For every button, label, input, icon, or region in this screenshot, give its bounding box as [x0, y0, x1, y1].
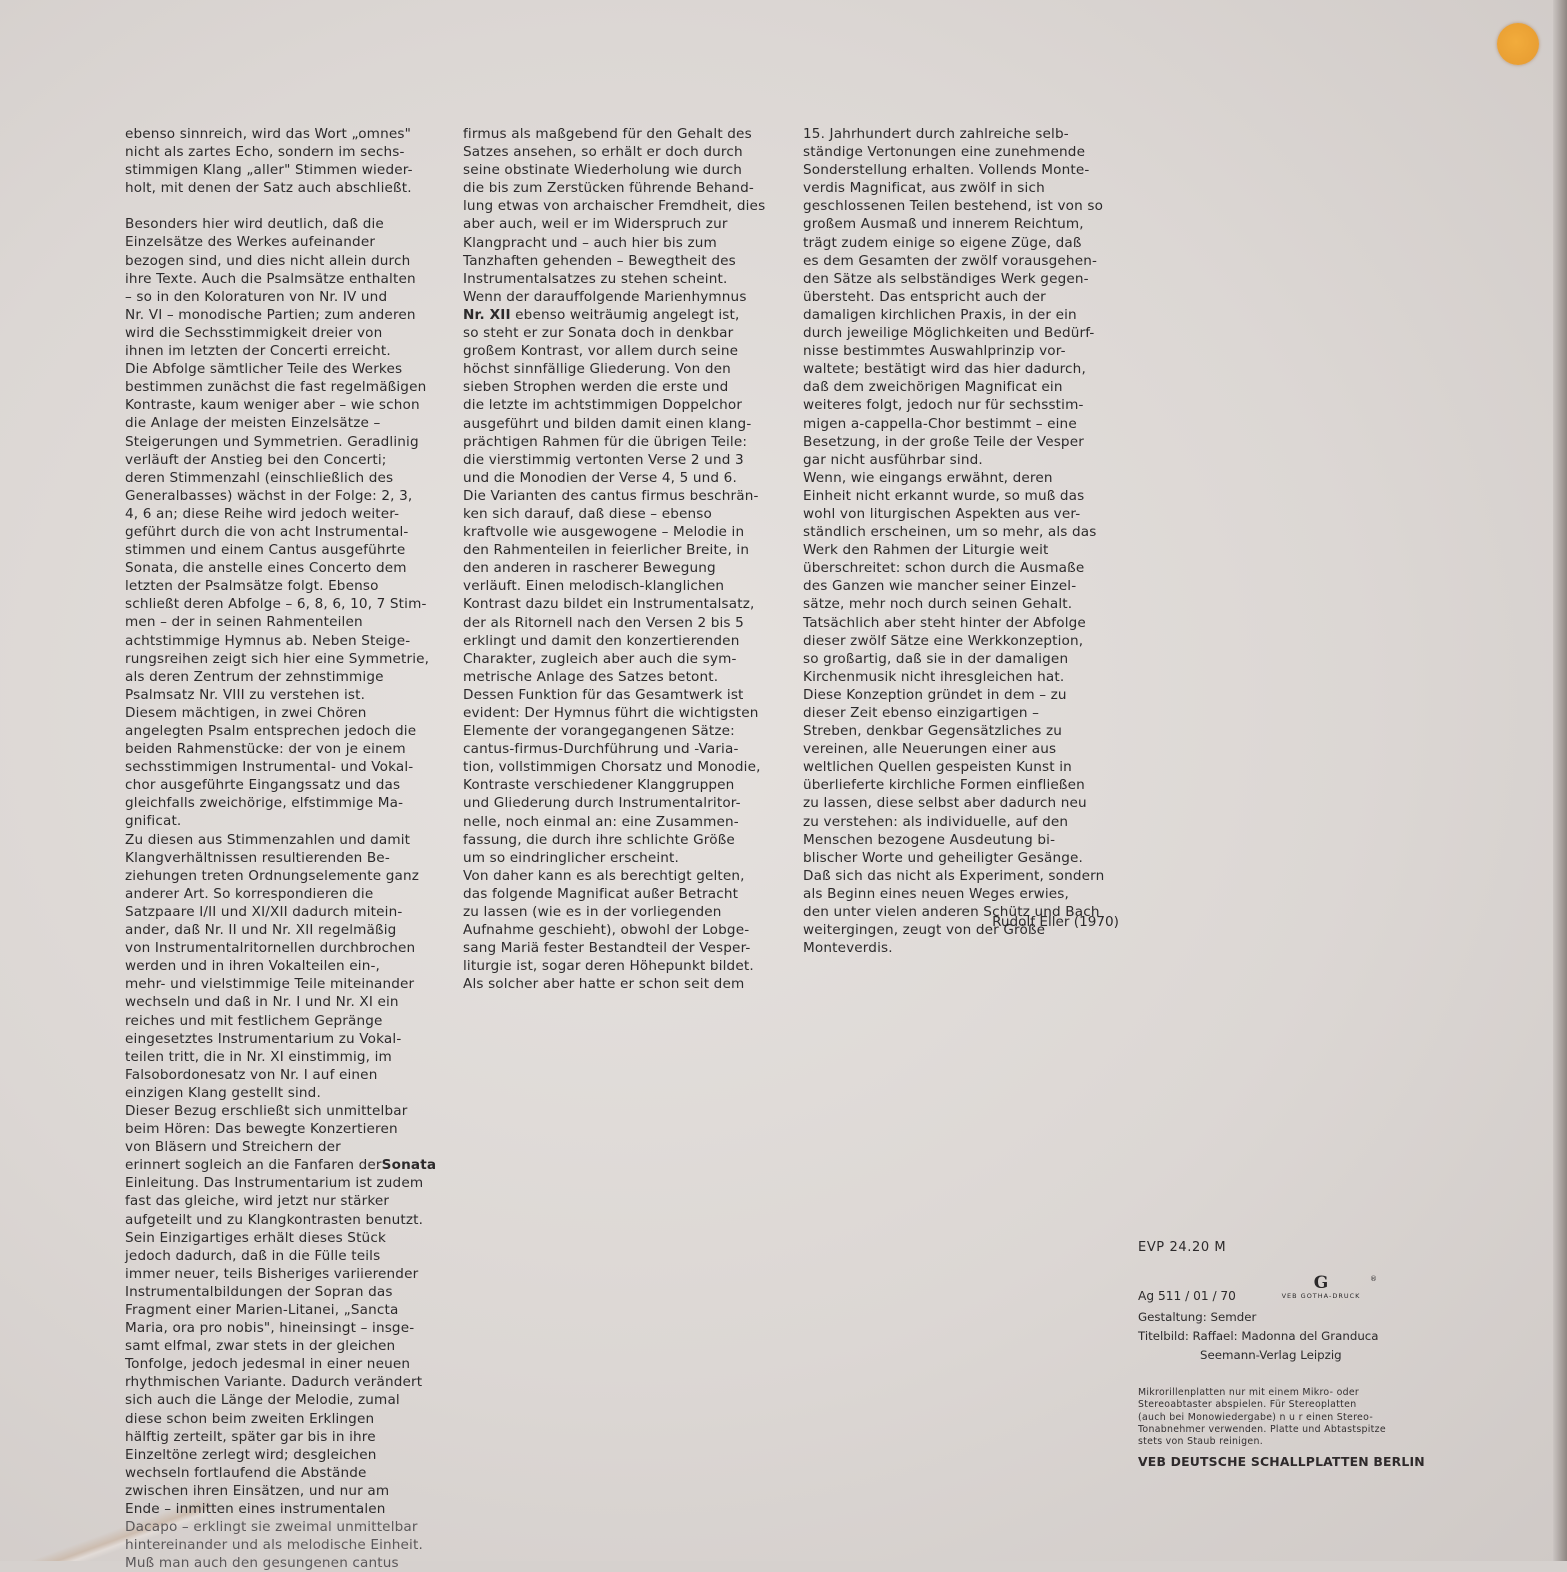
text-line: damaligen kirchlichen Praxis, in der ein — [803, 306, 1123, 324]
text-line: Besonders hier wird deutlich, daß die — [125, 215, 445, 233]
text-line: jedoch dadurch, daß in die Fülle teils — [125, 1247, 445, 1265]
text-line: schließt deren Abfolge – 6, 8, 6, 10, 7 … — [125, 595, 445, 613]
printer-mark: G VEB GOTHA-DRUCK — [1276, 1275, 1366, 1300]
text-line: überlieferte kirchliche Formen einfließe… — [803, 776, 1123, 794]
text-line: Satzes ansehen, so erhält er doch durch — [463, 143, 783, 161]
text-line: waltete; bestätigt wird das hier dadurch… — [803, 360, 1123, 378]
text-line: sich auch die Länge der Melodie, zumal — [125, 1391, 445, 1409]
text-line: sätze, mehr noch durch seinen Gehalt. — [803, 595, 1123, 613]
text-line: überschreitet: schon durch die Ausmaße — [803, 559, 1123, 577]
text-line: wechseln und daß in Nr. I und Nr. XI ein — [125, 993, 445, 1011]
printer-logo-icon: G — [1276, 1275, 1366, 1292]
text-line: deren Stimmenzahl (einschließlich des — [125, 469, 445, 487]
text-line: Diesem mächtigen, in zwei Chören — [125, 704, 445, 722]
text-line: Maria, ora pro nobis", hineinsingt – ins… — [125, 1319, 445, 1337]
text-line: Dieser Bezug erschließt sich unmittelbar — [125, 1102, 445, 1120]
text-line: verläuft. Einen melodisch-klanglichen — [463, 577, 783, 595]
text-line: firmus als maßgebend für den Gehalt des — [463, 125, 783, 143]
text-line: den anderen in rascherer Bewegung — [463, 559, 783, 577]
text-line: Sonderstellung erhalten. Vollends Monte- — [803, 161, 1123, 179]
text-line: Daß sich das nicht als Experiment, sonde… — [803, 867, 1123, 885]
text-line: Kontrast dazu bildet ein Instrumentalsat… — [463, 595, 783, 613]
text-line: bestimmen zunächst die fast regelmäßigen — [125, 378, 445, 396]
text-line: um so eindringlicher erscheint. — [463, 849, 783, 867]
text-line: weiteres folgt, jedoch nur für sechsstim… — [803, 396, 1123, 414]
text-line: Nr. VI – monodische Partien; zum anderen — [125, 306, 445, 324]
notice-line: (auch bei Monowiedergabe) n u r einen St… — [1138, 1412, 1438, 1424]
text-line: ziehungen treten Ordnungselemente ganz — [125, 867, 445, 885]
text-line: Psalmsatz Nr. VIII zu verstehen ist. — [125, 686, 445, 704]
text-line: zu verstehen: als individuelle, auf den — [803, 813, 1123, 831]
text-line: das folgende Magnificat außer Betracht — [463, 885, 783, 903]
text-line: zu lassen, diese selbst aber dadurch neu — [803, 794, 1123, 812]
text-line: Klangpracht und – auch hier bis zum — [463, 234, 783, 252]
text-line: wird die Sechsstimmigkeit dreier von — [125, 324, 445, 342]
liner-notes-column-2: firmus als maßgebend für den Gehalt desS… — [463, 125, 783, 994]
cover-publisher: Seemann-Verlag Leipzig — [1138, 1346, 1438, 1365]
text-line: mehr- und vielstimmige Teile miteinander — [125, 975, 445, 993]
record-label-name: VEB DEUTSCHE SCHALLPLATTEN BERLIN — [1138, 1454, 1425, 1469]
text-line: fassung, die durch ihre schlichte Größe — [463, 831, 783, 849]
notice-line: Mikrorillenplatten nur mit einem Mikro- … — [1138, 1387, 1438, 1399]
text-line: stimmigen Klang „aller" Stimmen wieder- — [125, 161, 445, 179]
text-line: men – der in seinen Rahmenteilen — [125, 613, 445, 631]
text-line: Monteverdis. — [803, 939, 1123, 957]
notice-line: Tonabnehmer verwenden. Platte und Abtast… — [1138, 1424, 1438, 1436]
text-line: Kontraste verschiedener Klanggruppen — [463, 776, 783, 794]
retail-price: EVP 24.20 M — [1138, 1240, 1438, 1255]
license-number: Ag 511 / 01 / 70 — [1138, 1289, 1236, 1303]
text-line: eingesetztes Instrumentarium zu Vokal- — [125, 1030, 445, 1048]
text-line: samt elfmal, zwar stets in der gleichen — [125, 1337, 445, 1355]
text-line: Generalbasses) wächst in der Folge: 2, 3… — [125, 487, 445, 505]
text-line: Die Varianten des cantus firmus beschrän… — [463, 487, 783, 505]
text-line: werden und in ihren Vokalteilen ein-, — [125, 957, 445, 975]
text-line: chor ausgeführte Eingangssatz und das — [125, 776, 445, 794]
text-line: als Beginn eines neuen Weges erwies, — [803, 885, 1123, 903]
text-line: ausgeführt und bilden damit einen klang- — [463, 415, 783, 433]
text-line: zu lassen (wie es in der vorliegenden — [463, 903, 783, 921]
text-line: Tatsächlich aber steht hinter der Abfolg… — [803, 614, 1123, 632]
text-line: Kontraste, kaum weniger aber – wie schon — [125, 396, 445, 414]
text-line: vereinen, alle Neuerungen einer aus — [803, 740, 1123, 758]
text-line: 4, 6 an; diese Reihe wird jedoch weiter- — [125, 505, 445, 523]
text-line: ander, daß Nr. II und Nr. XII regelmäßig — [125, 921, 445, 939]
text-line: Instrumentalsatzes zu stehen scheint. — [463, 270, 783, 288]
text-line: durch jeweilige Möglichkeiten und Bedürf… — [803, 324, 1123, 342]
text-line: die bis zum Zerstücken führende Behand- — [463, 179, 783, 197]
text-line: gleichfalls zweichörige, elfstimmige Ma- — [125, 794, 445, 812]
price-sticker-dot — [1497, 23, 1539, 65]
text-line: Einzeltöne zerlegt wird; desgleichen — [125, 1446, 445, 1464]
text-line: – so in den Koloraturen von Nr. IV und — [125, 288, 445, 306]
text-line: gnificat. — [125, 812, 445, 830]
text-line: kraftvolle wie ausgewogene – Melodie in — [463, 523, 783, 541]
text-line: nicht als zartes Echo, sondern im sechs- — [125, 143, 445, 161]
text-line: so großartig, daß sie in der damaligen — [803, 650, 1123, 668]
text-line: geschlossenen Teilen bestehend, ist von … — [803, 197, 1123, 215]
text-line: Werk den Rahmen der Liturgie weit — [803, 541, 1123, 559]
text-line: angelegten Psalm entsprechen jedoch die — [125, 722, 445, 740]
text-line: liturgie ist, sogar deren Höhepunkt bild… — [463, 957, 783, 975]
text-line: fast das gleiche, wird jetzt nur stärker — [125, 1192, 445, 1210]
text-line: und die Monodien der Verse 4, 5 und 6. — [463, 469, 783, 487]
text-line: Dessen Funktion für das Gesamtwerk ist — [463, 686, 783, 704]
text-line: Klangverhältnissen resultierenden Be- — [125, 849, 445, 867]
text-line: nisse bestimmtes Auswahlprinzip vor- — [803, 342, 1123, 360]
text-line: Elemente der vorangegangenen Sätze: — [463, 722, 783, 740]
text-line: Satzpaare I/II und XI/XII dadurch mitein… — [125, 903, 445, 921]
text-line: ken sich darauf, daß diese – ebenso — [463, 505, 783, 523]
sleeve-edge — [1553, 0, 1567, 1561]
text-line: großem Kontrast, vor allem durch seine — [463, 342, 783, 360]
text-line: beim Hören: Das bewegte Konzertieren — [125, 1120, 445, 1138]
text-line: gar nicht ausführbar sind. — [803, 451, 1123, 469]
text-line: Tanzhaften gehenden – Bewegtheit des — [463, 252, 783, 270]
text-line: Fragment einer Marien-Litanei, „Sancta — [125, 1301, 445, 1319]
text-line: Kirchenmusik nicht ihresgleichen hat. — [803, 668, 1123, 686]
text-line: den Sätze als selbständiges Werk gegen- — [803, 270, 1123, 288]
text-line: von Instrumentalritornellen durchbrochen — [125, 939, 445, 957]
text-line: Steigerungen und Symmetrien. Geradlinig — [125, 433, 445, 451]
text-line: seine obstinate Wiederholung wie durch — [463, 161, 783, 179]
text-line: stimmen und einem Cantus ausgeführte — [125, 541, 445, 559]
text-line: aufgeteilt und zu Klangkontrasten benutz… — [125, 1211, 445, 1229]
bold-term: Sonata — [382, 1157, 437, 1173]
text-line: letzten der Psalmsätze folgt. Ebenso — [125, 577, 445, 595]
text-line: Falsobordonesatz von Nr. I auf einen — [125, 1066, 445, 1084]
text-line: daß dem zweichörigen Magnificat ein — [803, 378, 1123, 396]
text-line: immer neuer, teils Bisheriges variierend… — [125, 1265, 445, 1283]
text-line: prächtigen Rahmen für die übrigen Teile: — [463, 433, 783, 451]
text-line: Tonfolge, jedoch jedesmal in einer neuen — [125, 1355, 445, 1373]
text-line: sieben Strophen werden die erste und — [463, 378, 783, 396]
text-line: Einzelsätze des Werkes aufeinander — [125, 233, 445, 251]
text-line: Als solcher aber hatte er schon seit dem — [463, 975, 783, 993]
text-line: tion, vollstimmigen Chorsatz und Monodie… — [463, 758, 783, 776]
text-line: teilen tritt, die in Nr. XI einstimmig, … — [125, 1048, 445, 1066]
text-line: Zu diesen aus Stimmenzahlen und damit — [125, 831, 445, 849]
text-line: erklingt und damit den konzertierenden — [463, 632, 783, 650]
text-line: Die Abfolge sämtlicher Teile des Werkes — [125, 360, 445, 378]
text-line: reiches und mit festlichem Gepränge — [125, 1012, 445, 1030]
text-line: bezogen sind, und dies nicht allein durc… — [125, 252, 445, 270]
bold-term: Nr. XII — [463, 307, 511, 323]
text-line: übersteht. Das entspricht auch der — [803, 288, 1123, 306]
liner-notes-column-3: 15. Jahrhundert durch zahlreiche selb-st… — [803, 125, 1123, 957]
text-line: rungsreihen zeigt sich hier eine Symmetr… — [125, 650, 445, 668]
text-line: verläuft der Anstieg bei den Concerti; — [125, 451, 445, 469]
text-line: aber auch, weil er im Widerspruch zur — [463, 215, 783, 233]
text-line: Charakter, zugleich aber auch die sym- — [463, 650, 783, 668]
text-line: Streben, denkbar Gegensätzliches zu — [803, 722, 1123, 740]
text-line: von Bläsern und Streichern der — [125, 1138, 445, 1156]
text-line: erinnert sogleich an die Fanfaren derSon… — [125, 1156, 445, 1174]
text-line: Sonata, die anstelle eines Concerto dem — [125, 559, 445, 577]
text-line: Menschen bezogene Ausdeutung bi- — [803, 831, 1123, 849]
text-line: weltlichen Quellen gespeisten Kunst in — [803, 758, 1123, 776]
notice-line: Stereoabtaster abspielen. Für Stereoplat… — [1138, 1399, 1438, 1411]
text-line: 15. Jahrhundert durch zahlreiche selb- — [803, 125, 1123, 143]
text-line: ständlich erscheinen, um so mehr, als da… — [803, 523, 1123, 541]
notice-line: stets von Staub reinigen. — [1138, 1436, 1438, 1448]
text-line: achtstimmige Hymnus ab. Neben Steige- — [125, 632, 445, 650]
text-line: migen a-cappella-Chor bestimmt – eine — [803, 415, 1123, 433]
text-line: metrische Anlage des Satzes betont. — [463, 668, 783, 686]
text-line: so steht er zur Sonata doch in denkbar — [463, 324, 783, 342]
text-line: ständige Vertonungen eine zunehmende — [803, 143, 1123, 161]
text-line: evident: Der Hymnus führt die wichtigste… — [463, 704, 783, 722]
text-line: einzigen Klang gestellt sind. — [125, 1084, 445, 1102]
text-line: hintereinander und als melodische Einhei… — [125, 1536, 445, 1554]
text-line: lung etwas von archaischer Fremdheit, di… — [463, 197, 783, 215]
text-line: die Anlage der meisten Einzelsätze – — [125, 414, 445, 432]
text-line: Sein Einzigartiges erhält dieses Stück — [125, 1229, 445, 1247]
text-line: anderer Art. So korrespondieren die — [125, 885, 445, 903]
text-line: Diese Konzeption gründet in dem – zu — [803, 686, 1123, 704]
registered-mark: ® — [1370, 1275, 1377, 1283]
cover-image-credit: Titelbild: Raffael: Madonna del Granduca — [1138, 1327, 1438, 1346]
text-line: Nr. XII ebenso weiträumig angelegt ist, — [463, 306, 783, 324]
text-line: den Rahmenteilen in feierlicher Breite, … — [463, 541, 783, 559]
text-line: als deren Zentrum der zehnstimmige — [125, 668, 445, 686]
paragraph-gap — [125, 197, 445, 215]
text-line: nelle, noch einmal an: eine Zusammen- — [463, 813, 783, 831]
text-line: blischer Worte und geheiligter Gesänge. — [803, 849, 1123, 867]
design-credit: Gestaltung: Semder — [1138, 1308, 1438, 1327]
liner-notes-column-1: ebenso sinnreich, wird das Wort „omnes"n… — [125, 125, 445, 1561]
credits-block: EVP 24.20 M Ag 511 / 01 / 70 G VEB GOTHA… — [1138, 1240, 1438, 1365]
text-line: wechseln fortlaufend die Abstände — [125, 1464, 445, 1482]
text-line: Einheit nicht erkannt wurde, so muß das — [803, 487, 1123, 505]
text-line: des Ganzen wie mancher seiner Einzel- — [803, 577, 1123, 595]
text-line: Ende – inmitten eines instrumentalen — [125, 1500, 445, 1518]
text-line: Wenn der darauffolgende Marienhymnus — [463, 288, 783, 306]
author-signature: Rudolf Eller (1970) — [803, 914, 1119, 930]
text-line: wohl von liturgischen Aspekten aus ver- — [803, 505, 1123, 523]
text-line: dieser Zeit ebenso einzigartigen – — [803, 704, 1123, 722]
text-line: beiden Rahmenstücke: der von je einem — [125, 740, 445, 758]
text-line: und Gliederung durch Instrumentalritor- — [463, 794, 783, 812]
text-line: großem Ausmaß und innerem Reichtum, — [803, 215, 1123, 233]
text-line: höchst sinnfällige Gliederung. Von den — [463, 360, 783, 378]
text-line: rhythmischen Variante. Dadurch verändert — [125, 1373, 445, 1391]
text-line: hälftig zerteilt, später gar bis in ihre — [125, 1428, 445, 1446]
text-line: Von daher kann es als berechtigt gelten, — [463, 867, 783, 885]
text-line: die letzte im achtstimmigen Doppelchor — [463, 396, 783, 414]
text-line: ihre Texte. Auch die Psalmsätze enthalte… — [125, 270, 445, 288]
text-line: holt, mit denen der Satz auch abschließt… — [125, 179, 445, 197]
license-row: Ag 511 / 01 / 70 G VEB GOTHA-DRUCK ® — [1138, 1289, 1438, 1308]
text-line: cantus-firmus-Durchführung und -Varia- — [463, 740, 783, 758]
text-line: verdis Magnificat, aus zwölf in sich — [803, 179, 1123, 197]
text-line: die vierstimmig vertonten Verse 2 und 3 — [463, 451, 783, 469]
text-line: sang Mariä fester Bestandteil der Vesper… — [463, 939, 783, 957]
text-line: Wenn, wie eingangs erwähnt, deren — [803, 469, 1123, 487]
text-line: Besetzung, in der große Teile der Vesper — [803, 433, 1123, 451]
text-line: Dacapo – erklingt sie zweimal unmittelba… — [125, 1518, 445, 1536]
text-line: der als Ritornell nach den Versen 2 bis … — [463, 614, 783, 632]
text-line: diese schon beim zweiten Erklingen — [125, 1410, 445, 1428]
text-line: trägt zudem einige so eigene Züge, daß — [803, 234, 1123, 252]
text-line: sechsstimmigen Instrumental- und Vokal- — [125, 758, 445, 776]
playback-notice: Mikrorillenplatten nur mit einem Mikro- … — [1138, 1387, 1438, 1448]
printer-name: VEB GOTHA-DRUCK — [1276, 1292, 1366, 1300]
text-line: Muß man auch den gesungenen cantus — [125, 1554, 445, 1561]
text-line: Aufnahme geschieht), obwohl der Lobge- — [463, 921, 783, 939]
text-line: Einleitung. Das Instrumentarium ist zude… — [125, 1174, 445, 1192]
text-line: ihnen im letzten der Concerti erreicht. — [125, 342, 445, 360]
text-line: ebenso sinnreich, wird das Wort „omnes" — [125, 125, 445, 143]
text-line: es dem Gesamten der zwölf vorausgehen- — [803, 252, 1123, 270]
text-line: geführt durch die von acht Instrumental- — [125, 523, 445, 541]
text-line: dieser zwölf Sätze eine Werkkonzeption, — [803, 632, 1123, 650]
text-line: zwischen ihren Einsätzen, und nur am — [125, 1482, 445, 1500]
text-line: Instrumentalbildungen der Sopran das — [125, 1283, 445, 1301]
